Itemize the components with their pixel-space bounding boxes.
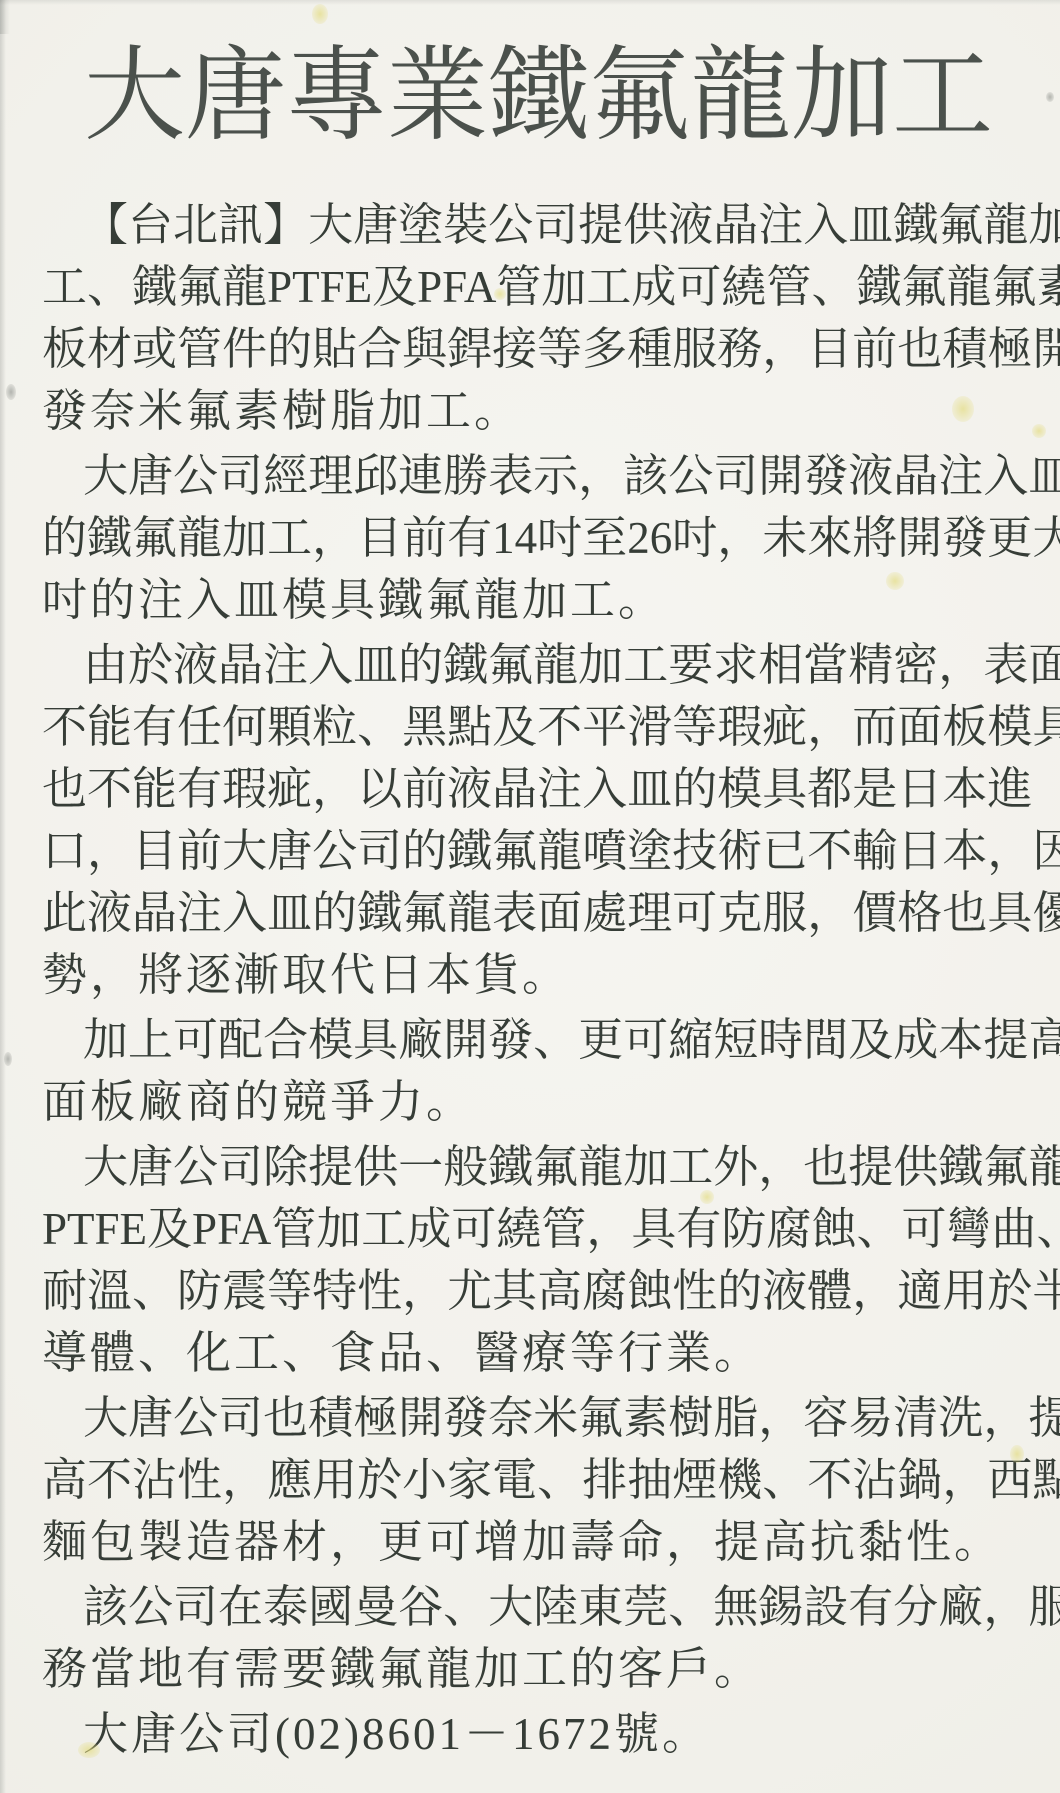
- body-line: 大唐公司除提供一般鐵氟龍加工外，也提供鐵氟龍: [42, 1136, 1016, 1198]
- body-char: 日: [897, 758, 942, 820]
- body-char: 氟: [983, 1136, 1028, 1198]
- body-char: 時: [758, 1009, 803, 1071]
- headline-char: 龍: [690, 44, 791, 147]
- body-char: 也: [803, 1136, 848, 1198]
- body-char: 龍: [947, 256, 992, 318]
- scan-streak: [0, 0, 10, 34]
- body-char: 於: [128, 634, 173, 696]
- body-char: 龍: [578, 1136, 623, 1198]
- body-line: 【台北訊】大唐塗裝公司提供液晶注入皿鐵氟龍加: [42, 194, 1016, 256]
- body-char: 粒: [312, 696, 357, 758]
- body-char: 用: [312, 1449, 357, 1511]
- body-char: 成: [893, 1009, 938, 1071]
- body-char: 注: [537, 758, 582, 820]
- body-char: 分: [893, 1576, 938, 1638]
- body-char: 樹: [668, 1387, 713, 1449]
- body-char: 邱: [353, 445, 398, 507]
- body-char: 目: [357, 507, 402, 569]
- body-char: 面: [897, 696, 942, 758]
- body-char: 加: [316, 1198, 361, 1260]
- body-char: 繞: [721, 256, 766, 318]
- body-char: 氟: [177, 256, 222, 318]
- headline-char: 工: [892, 44, 993, 147]
- body-char: 氟: [938, 194, 983, 256]
- body-char: 大: [308, 194, 353, 256]
- body-char: 或: [132, 318, 177, 380]
- paragraph: 大唐公司也積極開發奈米氟素樹脂，容易清洗，提高不沾性，應用於小家電、排抽煙機、不…: [42, 1387, 1016, 1573]
- body-line: 發奈米氟素樹脂加工。: [42, 380, 1016, 442]
- body-char: 入: [308, 634, 353, 696]
- body-char: 本: [942, 758, 987, 820]
- body-line: 吋的注入皿模具鐵氟龍加工。: [42, 569, 1016, 631]
- body-char: 等: [537, 318, 582, 380]
- body-char: 皿: [627, 758, 672, 820]
- body-char: PTFE: [42, 1198, 147, 1260]
- body-char: 裝: [443, 194, 488, 256]
- body-char: 皿: [353, 634, 398, 696]
- body-char: ，: [312, 507, 357, 569]
- body-char: 龍: [1028, 1136, 1060, 1198]
- body-char: 的: [717, 1260, 762, 1322]
- body-char: 點: [1032, 1449, 1060, 1511]
- body-char: 技: [672, 820, 717, 882]
- body-char: 】: [263, 194, 308, 256]
- body-char: 克: [717, 882, 762, 944]
- paragraph: 大唐公司經理邱連勝表示，該公司開發液晶注入皿的鐵氟龍加工，目前有14吋至26吋，…: [42, 445, 1016, 631]
- body-char: 開: [758, 445, 803, 507]
- body-char: 液: [848, 445, 893, 507]
- body-char: 性: [672, 1260, 717, 1322]
- body-char: 司: [173, 1576, 218, 1638]
- body-char: 莞: [623, 1576, 668, 1638]
- body-char: 不: [42, 696, 87, 758]
- body-char: 尤: [447, 1260, 492, 1322]
- body-char: 、: [1037, 1198, 1060, 1260]
- body-char: 發: [803, 445, 848, 507]
- body-char: 密: [893, 634, 938, 696]
- body-char: 管: [271, 1198, 316, 1260]
- body-char: 曲: [992, 1198, 1037, 1260]
- body-char: 也: [942, 882, 987, 944]
- body-char: 皿: [848, 194, 893, 256]
- body-char: 求: [713, 634, 758, 696]
- body-char: 提: [578, 194, 623, 256]
- body-char: PFA: [417, 256, 496, 318]
- body-char: 公: [488, 194, 533, 256]
- body-char: 更: [987, 507, 1032, 569]
- body-char: 有: [848, 1576, 893, 1638]
- headline-char: 加: [791, 44, 892, 147]
- body-char: 性: [177, 1449, 222, 1511]
- body-char: 唐: [128, 445, 173, 507]
- body-char: 開: [1032, 318, 1060, 380]
- body-char: 腐: [582, 1260, 627, 1322]
- body-char: 應: [267, 1449, 312, 1511]
- body-char: 此: [42, 882, 87, 944]
- body-line: 麵包製造器材，更可增加壽命，提高抗黏性。: [42, 1511, 1016, 1573]
- scan-speck: [312, 4, 328, 24]
- body-char: 以: [357, 758, 402, 820]
- body-char: 、: [762, 1449, 807, 1511]
- body-char: 將: [852, 507, 897, 569]
- body-char: 的: [312, 882, 357, 944]
- body-char: 優: [1032, 882, 1060, 944]
- body-char: 龍: [177, 507, 222, 569]
- body-char: 性: [357, 1260, 402, 1322]
- body-char: 材: [87, 318, 132, 380]
- body-char: 多: [582, 318, 627, 380]
- body-char: 用: [942, 1260, 987, 1322]
- body-char: 示: [533, 445, 578, 507]
- body-char: 具: [762, 758, 807, 820]
- body-char: 司: [357, 820, 402, 882]
- body-char: 間: [803, 1009, 848, 1071]
- body-char: 抽: [627, 1449, 672, 1511]
- body-char: 公: [128, 1576, 173, 1638]
- body-char: 配: [218, 1009, 263, 1071]
- body-char: 具: [631, 1198, 676, 1260]
- body-char: 大: [1032, 507, 1060, 569]
- body-char: 晶: [713, 194, 758, 256]
- body-char: 加: [83, 1009, 128, 1071]
- body-char: 表: [492, 882, 537, 944]
- body-char: 公: [173, 1136, 218, 1198]
- body-char: 加: [1028, 194, 1060, 256]
- body-line: 大唐公司經理邱連勝表示，該公司開發液晶注入皿: [42, 445, 1016, 507]
- body-char: 具: [353, 1009, 398, 1071]
- body-char: 公: [173, 445, 218, 507]
- body-char: 不: [807, 1449, 852, 1511]
- body-char: 皿: [1028, 445, 1060, 507]
- body-char: 與: [402, 318, 447, 380]
- body-char: ，: [222, 1449, 267, 1511]
- body-char: ，: [402, 1260, 447, 1322]
- body-char: 防: [177, 1260, 222, 1322]
- body-char: 銲: [447, 318, 492, 380]
- body-char: 晶: [218, 634, 263, 696]
- body-char: 大: [488, 1576, 533, 1638]
- body-char: 的: [402, 820, 447, 882]
- body-char: 模: [987, 696, 1032, 758]
- body-char: 務: [717, 318, 762, 380]
- body-line: 此液晶注入皿的鐵氟龍表面處理可克服，價格也具優: [42, 882, 1016, 944]
- body-char: 模: [717, 758, 762, 820]
- body-char: 可: [173, 1009, 218, 1071]
- body-char: 積: [308, 1387, 353, 1449]
- body-char: 司: [533, 194, 578, 256]
- body-char: 除: [263, 1136, 308, 1198]
- scan-edge-shade: [0, 0, 1060, 5]
- body-char: 相: [758, 634, 803, 696]
- body-char: 能: [132, 758, 177, 820]
- body-char: 滑: [627, 696, 672, 758]
- body-char: 、: [87, 256, 132, 318]
- body-char: 鐵: [357, 882, 402, 944]
- body-char: 可: [672, 882, 717, 944]
- body-char: 西: [987, 1449, 1032, 1511]
- body-char: 具: [1032, 696, 1060, 758]
- body-char: 鐵: [488, 1136, 533, 1198]
- body-char: 泰: [263, 1576, 308, 1638]
- body-char: 、: [668, 1576, 713, 1638]
- body-char: 於: [987, 1260, 1032, 1322]
- body-char: 提: [308, 1136, 353, 1198]
- body-char: 蝕: [627, 1260, 672, 1322]
- body-char: 可: [623, 1009, 668, 1071]
- body-char: 液: [668, 194, 713, 256]
- body-char: 當: [803, 634, 848, 696]
- body-char: 黑: [402, 696, 447, 758]
- body-char: 注: [177, 882, 222, 944]
- body-char: 開: [443, 1009, 488, 1071]
- body-char: 適: [897, 1260, 942, 1322]
- body-char: 氟: [492, 820, 537, 882]
- body-char: 也: [42, 758, 87, 820]
- body-line: 板材或管件的貼合與銲接等多種服務，目前也積極開: [42, 318, 1016, 380]
- body-char: 訊: [218, 194, 263, 256]
- body-line: 導體、化工、食品、醫療等行業。: [42, 1322, 1016, 1384]
- body-char: 東: [578, 1576, 623, 1638]
- body-char: 來: [807, 507, 852, 569]
- body-char: ，: [758, 1387, 803, 1449]
- body-char: 龍: [447, 882, 492, 944]
- body-char: 吋: [537, 507, 582, 569]
- body-char: 要: [668, 634, 713, 696]
- body-char: 服: [1028, 1576, 1060, 1638]
- scan-speck: [1032, 424, 1046, 438]
- body-char: 大: [222, 820, 267, 882]
- body-char: 注: [938, 445, 983, 507]
- body-char: 工: [623, 634, 668, 696]
- body-char: 工: [267, 507, 312, 569]
- body-char: 有: [177, 758, 222, 820]
- body-char: 設: [803, 1576, 848, 1638]
- body-char: 該: [83, 1576, 128, 1638]
- body-char: 陸: [533, 1576, 578, 1638]
- body-char: 、: [811, 256, 856, 318]
- body-char: 、: [856, 1198, 901, 1260]
- body-char: ，: [762, 318, 807, 380]
- body-char: 入: [582, 758, 627, 820]
- body-char: 加: [578, 634, 623, 696]
- body-char: 管: [766, 256, 811, 318]
- body-char: 司: [218, 445, 263, 507]
- body-char: 皿: [267, 882, 312, 944]
- body-char: 合: [263, 1009, 308, 1071]
- body-char: 電: [492, 1449, 537, 1511]
- body-line: 面板廠商的競爭力。: [42, 1071, 1016, 1133]
- body-char: 外: [713, 1136, 758, 1198]
- body-char: 鐵: [87, 507, 132, 569]
- article-body: 【台北訊】大唐塗裝公司提供液晶注入皿鐵氟龍加工、鐵氟龍PTFE及PFA管加工成可…: [42, 194, 1016, 1765]
- body-line: PTFE及PFA管加工成可繞管，具有防腐蝕、可彎曲、: [42, 1198, 1016, 1260]
- body-char: 晶: [132, 882, 177, 944]
- body-line: 加上可配合模具廠開發、更可縮短時間及成本提高: [42, 1009, 1016, 1071]
- body-char: 腐: [766, 1198, 811, 1260]
- body-char: 瑕: [222, 758, 267, 820]
- paragraph: 由於液晶注入皿的鐵氟龍加工要求相當精密，表面不能有任何顆粒、黑點及不平滑等瑕疵，…: [42, 634, 1016, 1006]
- body-char: 小: [402, 1449, 447, 1511]
- body-char: 無: [713, 1576, 758, 1638]
- body-char: 彎: [947, 1198, 992, 1260]
- body-char: 氟: [132, 507, 177, 569]
- paragraph: 大唐公司(02)8601－1672號。: [42, 1703, 1016, 1765]
- body-char: 體: [807, 1260, 852, 1322]
- body-char: 也: [263, 1387, 308, 1449]
- body-char: 日: [897, 820, 942, 882]
- body-char: 公: [312, 820, 357, 882]
- body-char: 不: [87, 758, 132, 820]
- body-char: 極: [987, 318, 1032, 380]
- body-char: 能: [87, 696, 132, 758]
- scan-speck: [4, 1052, 12, 1066]
- body-char: 的: [267, 318, 312, 380]
- body-char: 液: [447, 758, 492, 820]
- body-char: 提: [848, 1136, 893, 1198]
- body-char: 高: [537, 1260, 582, 1322]
- body-char: 加: [541, 256, 586, 318]
- body-char: ，: [586, 1198, 631, 1260]
- body-char: 目: [132, 820, 177, 882]
- scan-edge-shade: [0, 0, 6, 1793]
- body-char: 縮: [668, 1009, 713, 1071]
- body-char: 於: [357, 1449, 402, 1511]
- body-char: 未: [762, 507, 807, 569]
- body-char: 錫: [758, 1576, 803, 1638]
- body-char: 工: [586, 256, 631, 318]
- body-char: 有: [447, 507, 492, 569]
- body-char: 更: [578, 1009, 623, 1071]
- body-char: 目: [807, 318, 852, 380]
- body-char: 的: [672, 758, 717, 820]
- body-char: 龍: [537, 820, 582, 882]
- body-line: 大唐公司(02)8601－1672號。: [42, 1703, 1016, 1765]
- body-char: 任: [177, 696, 222, 758]
- body-char: 由: [83, 634, 128, 696]
- headline-char: 專: [286, 44, 387, 147]
- body-char: 發: [942, 507, 987, 569]
- body-char: 不: [537, 696, 582, 758]
- body-char: 種: [627, 318, 672, 380]
- body-char: 工: [668, 1136, 713, 1198]
- body-char: 素: [623, 1387, 668, 1449]
- body-char: 清: [893, 1387, 938, 1449]
- body-char: 易: [848, 1387, 893, 1449]
- body-char: 積: [942, 318, 987, 380]
- body-char: 司: [218, 1136, 263, 1198]
- body-char: 顆: [267, 696, 312, 758]
- body-char: 米: [533, 1387, 578, 1449]
- body-char: 繞: [496, 1198, 541, 1260]
- body-char: ，: [983, 1576, 1028, 1638]
- body-char: 煙: [672, 1449, 717, 1511]
- body-char: 14: [492, 507, 537, 569]
- body-char: 可: [676, 256, 721, 318]
- headline-char: 業: [387, 44, 488, 147]
- body-char: ，: [807, 696, 852, 758]
- body-char: 輸: [852, 820, 897, 882]
- body-char: 有: [676, 1198, 721, 1260]
- body-char: 具: [987, 882, 1032, 944]
- body-char: ，: [987, 820, 1032, 882]
- body-char: 可: [451, 1198, 496, 1260]
- body-char: 晶: [893, 445, 938, 507]
- body-char: PTFE: [267, 256, 372, 318]
- body-char: 其: [492, 1260, 537, 1322]
- newspaper-clipping-scan: 大唐專業鐵氟龍加工 【台北訊】大唐塗裝公司提供液晶注入皿鐵氟龍加工、鐵氟龍PTF…: [0, 0, 1060, 1793]
- body-char: 鐵: [938, 1136, 983, 1198]
- body-char: 入: [222, 882, 267, 944]
- body-char: ，: [938, 634, 983, 696]
- body-char: 及: [147, 1198, 192, 1260]
- body-char: 機: [717, 1449, 762, 1511]
- body-char: 唐: [128, 1387, 173, 1449]
- body-char: 前: [852, 318, 897, 380]
- body-char: 貼: [312, 318, 357, 380]
- body-char: 耐: [42, 1260, 87, 1322]
- body-char: 龍: [983, 194, 1028, 256]
- body-char: 接: [492, 318, 537, 380]
- body-char: 發: [443, 1387, 488, 1449]
- body-char: ，: [758, 1136, 803, 1198]
- body-char: 液: [87, 882, 132, 944]
- body-char: 已: [762, 820, 807, 882]
- body-char: 奈: [488, 1387, 533, 1449]
- body-char: 國: [308, 1576, 353, 1638]
- headline-char: 氟: [589, 44, 690, 147]
- paragraph: 該公司在泰國曼谷、大陸東莞、無錫設有分廠，服務當地有需要鐵氟龍加工的客戶。: [42, 1576, 1016, 1700]
- body-char: 公: [173, 1387, 218, 1449]
- body-char: 入: [983, 445, 1028, 507]
- body-char: 點: [447, 696, 492, 758]
- body-char: 精: [848, 634, 893, 696]
- body-char: 而: [852, 696, 897, 758]
- body-char: 大: [83, 1387, 128, 1449]
- body-char: 【: [83, 194, 128, 256]
- body-char: 等: [672, 696, 717, 758]
- body-char: 都: [807, 758, 852, 820]
- body-char: ，: [578, 445, 623, 507]
- body-char: 表: [983, 634, 1028, 696]
- body-char: 、: [443, 1576, 488, 1638]
- body-char: 溫: [87, 1260, 132, 1322]
- body-char: 大: [83, 1136, 128, 1198]
- body-char: 至: [582, 507, 627, 569]
- body-char: 格: [897, 882, 942, 944]
- body-char: 成: [631, 256, 676, 318]
- body-line: 工、鐵氟龍PTFE及PFA管加工成可繞管、鐵氟龍氟素: [42, 256, 1016, 318]
- body-char: 管: [177, 318, 222, 380]
- body-char: 谷: [398, 1576, 443, 1638]
- body-char: ，: [312, 758, 357, 820]
- body-char: 等: [267, 1260, 312, 1322]
- body-char: 入: [803, 194, 848, 256]
- body-line: 勢，將逐漸取代日本貨。: [42, 944, 1016, 1006]
- body-char: 脂: [713, 1387, 758, 1449]
- body-char: 家: [447, 1449, 492, 1511]
- body-char: 管: [496, 256, 541, 318]
- body-char: 大: [83, 445, 128, 507]
- body-char: 有: [132, 696, 177, 758]
- paragraph: 加上可配合模具廠開發、更可縮短時間及成本提高面板廠商的競爭力。: [42, 1009, 1016, 1133]
- paragraph: 【台北訊】大唐塗裝公司提供液晶注入皿鐵氟龍加工、鐵氟龍PTFE及PFA管加工成可…: [42, 194, 1016, 442]
- body-char: 價: [852, 882, 897, 944]
- body-char: 成: [406, 1198, 451, 1260]
- body-line: 耐溫、防震等特性，尤其高腐蝕性的液體，適用於半: [42, 1260, 1016, 1322]
- body-char: 板: [942, 696, 987, 758]
- body-char: 特: [312, 1260, 357, 1322]
- body-char: 晶: [492, 758, 537, 820]
